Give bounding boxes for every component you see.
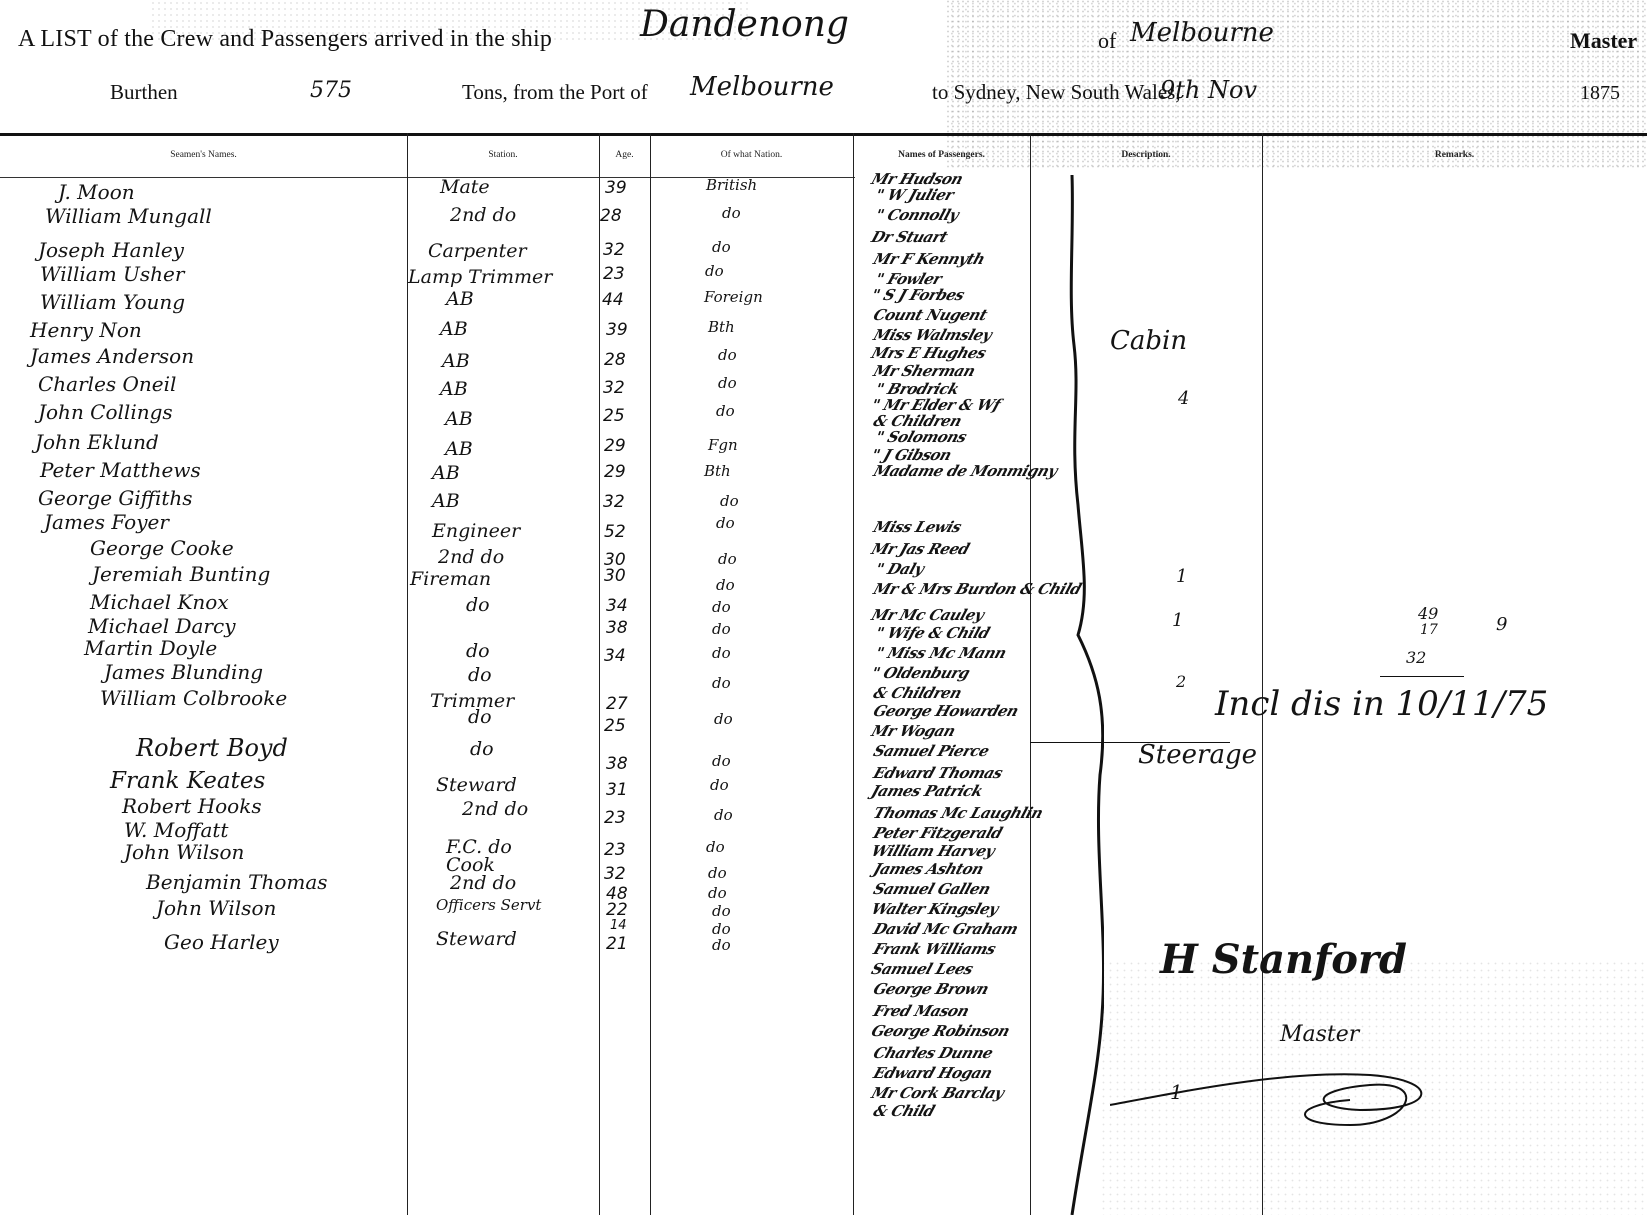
crew-name: James Blunding bbox=[104, 660, 263, 684]
crew-nation: do bbox=[718, 550, 737, 568]
passenger-name: Mr Jas Reed bbox=[869, 540, 972, 558]
home-port: Melbourne bbox=[1130, 18, 1274, 48]
passenger-name: David Mc Graham bbox=[871, 920, 1020, 938]
from-port: Melbourne bbox=[690, 72, 834, 102]
crew-station: do bbox=[470, 738, 494, 760]
crew-station: 2nd do bbox=[450, 872, 516, 894]
crew-station: Carpenter bbox=[428, 240, 527, 262]
crew-name: Robert Boyd bbox=[136, 734, 288, 762]
crew-station: 2nd do bbox=[450, 204, 516, 226]
crew-name: William Usher bbox=[40, 262, 184, 286]
crew-name: Charles Oneil bbox=[38, 372, 176, 396]
passenger-name: " Solomons bbox=[873, 428, 969, 446]
passenger-name: Mr Sherman bbox=[871, 362, 977, 380]
crew-nation: Bth bbox=[704, 462, 731, 480]
passenger-name: Miss Walmsley bbox=[871, 326, 994, 344]
passenger-name: James Ashton bbox=[871, 860, 986, 878]
tons-from-label: Tons, from the Port of bbox=[462, 80, 648, 105]
passenger-name: Mr Cork Barclay bbox=[869, 1084, 1006, 1102]
passenger-name: Mr & Mrs Burdon & Child bbox=[871, 580, 1084, 598]
crew-nation: do bbox=[712, 598, 731, 616]
crew-name: Martin Doyle bbox=[84, 636, 217, 660]
crew-name: James Anderson bbox=[30, 344, 194, 368]
crew-age: 23 bbox=[603, 264, 625, 284]
crew-nation: do bbox=[714, 806, 733, 824]
passenger-name: " Miss Mc Mann bbox=[873, 644, 1008, 662]
crew-name: John Eklund bbox=[35, 430, 159, 454]
crew-age: 29 bbox=[604, 462, 626, 482]
crew-nation: Bth bbox=[708, 318, 735, 336]
crew-age: 32 bbox=[603, 378, 625, 398]
crew-nation: Foreign bbox=[704, 288, 763, 306]
to-label: to Sydney, New South Wales, bbox=[932, 80, 1181, 105]
crew-name: Robert Hooks bbox=[122, 794, 262, 818]
master-label: Master bbox=[1570, 28, 1637, 54]
crew-age: 25 bbox=[603, 406, 625, 426]
crew-name: William Mungall bbox=[45, 204, 212, 228]
crew-station: 2nd do bbox=[438, 546, 504, 568]
crew-station: AB bbox=[432, 462, 460, 484]
arrival-date: 9th Nov bbox=[1160, 76, 1257, 104]
crew-station: do bbox=[466, 594, 490, 616]
bracket-line-icon bbox=[1064, 175, 1104, 1215]
passenger-name: William Harvey bbox=[869, 842, 997, 860]
crew-nation: do bbox=[712, 902, 731, 920]
crew-station: 2nd do bbox=[462, 798, 528, 820]
column-divider bbox=[1030, 133, 1031, 1215]
crew-age: 27 bbox=[606, 694, 628, 714]
arrival-year: 1875 bbox=[1580, 82, 1620, 105]
crew-station: Officers Servt bbox=[436, 896, 541, 914]
crew-station: Fireman bbox=[410, 568, 491, 590]
crew-nation: do bbox=[716, 402, 735, 420]
crew-nation: do bbox=[708, 884, 727, 902]
crew-nation: do bbox=[712, 674, 731, 692]
passenger-name: " Connolly bbox=[873, 206, 961, 224]
crew-station: AB bbox=[440, 378, 468, 400]
crew-age: 28 bbox=[600, 206, 622, 226]
crew-age: 22 bbox=[606, 900, 628, 920]
crew-age: 39 bbox=[605, 178, 627, 198]
col-age: Age. bbox=[599, 150, 650, 160]
crew-nation: do bbox=[708, 864, 727, 882]
col-remarks: Remarks. bbox=[1262, 150, 1647, 160]
crew-name: Peter Matthews bbox=[40, 458, 201, 482]
header-rule bbox=[0, 133, 1647, 136]
steerage-label: Steerage bbox=[1138, 740, 1257, 770]
passenger-name: Fred Mason bbox=[871, 1002, 971, 1020]
crew-name: George Giffiths bbox=[38, 486, 193, 510]
crew-nation: do bbox=[718, 374, 737, 392]
crew-station: AB bbox=[440, 318, 468, 340]
crew-nation: do bbox=[718, 346, 737, 364]
passenger-name: Mr F Kennyth bbox=[871, 250, 987, 268]
crew-age: 52 bbox=[604, 522, 626, 542]
crew-name: Michael Knox bbox=[90, 590, 229, 614]
crew-name: J. Moon bbox=[58, 180, 135, 204]
crew-nation: British bbox=[706, 176, 757, 194]
crew-station: do bbox=[468, 664, 492, 686]
crew-age: 32 bbox=[603, 492, 625, 512]
crew-nation: do bbox=[705, 262, 724, 280]
passenger-name: Dr Stuart bbox=[869, 228, 950, 246]
crew-name: John Wilson bbox=[156, 896, 276, 920]
crew-station: Steward bbox=[436, 928, 517, 950]
crew-station: do bbox=[468, 706, 492, 728]
col-description: Description. bbox=[1030, 150, 1262, 160]
crew-age: 28 bbox=[604, 350, 626, 370]
crew-age: 21 bbox=[606, 934, 628, 954]
crew-nation: do bbox=[714, 710, 733, 728]
crew-station: AB bbox=[445, 408, 473, 430]
crew-nation: Fgn bbox=[708, 436, 738, 454]
crew-nation: do bbox=[712, 620, 731, 638]
crew-nation: do bbox=[722, 204, 741, 222]
crew-age: 14 bbox=[610, 918, 627, 933]
of-label: of bbox=[1098, 28, 1116, 54]
cabin-label: Cabin bbox=[1110, 326, 1187, 356]
passenger-name: " Wife & Child bbox=[873, 624, 992, 642]
crew-name: William Colbrooke bbox=[100, 686, 287, 710]
passenger-name: Madame de Monmigny bbox=[871, 462, 1059, 480]
title-prefix: A LIST of the Crew and Passengers arrive… bbox=[18, 26, 552, 52]
passenger-name: Peter Fitzgerald bbox=[871, 824, 1005, 842]
column-divider bbox=[599, 133, 600, 1215]
crew-name: W. Moffatt bbox=[124, 818, 228, 842]
crew-age: 44 bbox=[602, 290, 624, 310]
crew-age: 34 bbox=[606, 596, 628, 616]
crew-name: Benjamin Thomas bbox=[146, 870, 328, 894]
passenger-name: Walter Kingsley bbox=[869, 900, 1000, 918]
tonnage: 575 bbox=[310, 78, 352, 103]
crew-name: Michael Darcy bbox=[88, 614, 236, 638]
crew-age: 39 bbox=[606, 320, 628, 340]
crew-nation: do bbox=[712, 936, 731, 954]
signature-flourish-icon bbox=[1110, 1050, 1510, 1170]
description-count: 1 bbox=[1172, 610, 1183, 631]
crew-age: 34 bbox=[604, 646, 626, 666]
crew-age: 25 bbox=[604, 716, 626, 736]
column-divider bbox=[650, 133, 651, 1215]
ship-name: Dandenong bbox=[640, 4, 849, 45]
passenger-name: Thomas Mc Laughlin bbox=[871, 804, 1045, 822]
crew-station: AB bbox=[442, 350, 470, 372]
crew-nation: do bbox=[716, 576, 735, 594]
crew-age: 29 bbox=[604, 436, 626, 456]
crew-nation: do bbox=[712, 644, 731, 662]
crew-station: AB bbox=[446, 288, 474, 310]
passenger-name: George Howarden bbox=[871, 702, 1021, 720]
tally-side: 9 bbox=[1496, 614, 1507, 635]
tally-sub: 17 bbox=[1420, 622, 1438, 638]
master-title: Master bbox=[1280, 1022, 1359, 1047]
col-nation: Of what Nation. bbox=[650, 150, 853, 160]
crew-nation: do bbox=[706, 838, 725, 856]
crew-name: John Wilson bbox=[124, 840, 244, 864]
passenger-name: Mr Mc Cauley bbox=[869, 606, 986, 624]
passenger-name: " Daly bbox=[873, 560, 926, 578]
column-divider bbox=[407, 133, 408, 1215]
passenger-name: & Children bbox=[871, 684, 964, 702]
description-count: 1 bbox=[1176, 566, 1187, 587]
cabin-count: 4 bbox=[1178, 388, 1189, 409]
passenger-name: Edward Hogan bbox=[871, 1064, 994, 1082]
crew-name: William Young bbox=[40, 290, 185, 314]
tally-result: 32 bbox=[1406, 648, 1426, 667]
col-seamens-names: Seamen's Names. bbox=[0, 150, 407, 160]
crew-nation: do bbox=[710, 776, 729, 794]
crew-age: 32 bbox=[603, 240, 625, 260]
passenger-name: Mr Wogan bbox=[869, 722, 957, 740]
passenger-name: Samuel Lees bbox=[869, 960, 975, 978]
leader-line bbox=[1030, 742, 1230, 743]
passenger-name: George Brown bbox=[871, 980, 991, 998]
col-station: Station. bbox=[407, 150, 599, 160]
col-passengers: Names of Passengers. bbox=[853, 150, 1030, 160]
crew-nation: do bbox=[716, 514, 735, 532]
crew-station: Engineer bbox=[432, 520, 520, 542]
passenger-name: James Patrick bbox=[869, 782, 985, 800]
crew-name: Joseph Hanley bbox=[38, 238, 184, 262]
crew-age: 23 bbox=[604, 840, 626, 860]
crew-station: Lamp Trimmer bbox=[408, 266, 552, 288]
crew-age: 23 bbox=[604, 808, 626, 828]
passenger-name: Edward Thomas bbox=[871, 764, 1005, 782]
crew-name: Geo Harley bbox=[164, 930, 279, 954]
crew-name: John Collings bbox=[38, 400, 173, 424]
tally-top: 49 bbox=[1418, 604, 1438, 623]
passenger-name: Mrs E Hughes bbox=[869, 344, 988, 362]
passenger-name: & Child bbox=[871, 1102, 937, 1120]
passenger-name: " Oldenburg bbox=[869, 664, 972, 682]
crew-station: Mate bbox=[440, 176, 490, 198]
description-count: 2 bbox=[1176, 672, 1186, 691]
crew-station: do bbox=[466, 640, 490, 662]
passenger-name: Miss Lewis bbox=[871, 518, 963, 536]
crew-age: 38 bbox=[606, 618, 628, 638]
crew-name: Jeremiah Bunting bbox=[92, 562, 270, 586]
document-title: A LIST of the Crew and Passengers arrive… bbox=[18, 26, 552, 53]
crew-station: AB bbox=[445, 438, 473, 460]
crew-name: Henry Non bbox=[30, 318, 142, 342]
passenger-name: George Robinson bbox=[869, 1022, 1012, 1040]
passenger-name: " W Julier bbox=[873, 186, 956, 204]
crew-age: 32 bbox=[604, 864, 626, 884]
crew-name: James Foyer bbox=[44, 510, 169, 534]
crew-name: George Cooke bbox=[90, 536, 234, 560]
crew-age: 31 bbox=[606, 780, 628, 800]
remark-note: Incl dis in 10/11/75 bbox=[1215, 684, 1548, 724]
passenger-name: Samuel Gallen bbox=[871, 880, 993, 898]
crew-station: Steward bbox=[436, 774, 517, 796]
crew-age: 38 bbox=[606, 754, 628, 774]
crew-nation: do bbox=[712, 752, 731, 770]
crew-name: Frank Keates bbox=[110, 768, 265, 794]
tally-rule bbox=[1380, 676, 1464, 677]
passenger-name: Count Nugent bbox=[871, 306, 989, 324]
passenger-name: Frank Williams bbox=[871, 940, 998, 958]
crew-station: AB bbox=[432, 490, 460, 512]
crew-age: 30 bbox=[604, 566, 626, 586]
master-signature: H Stanford bbox=[1160, 936, 1407, 983]
crew-nation: do bbox=[720, 492, 739, 510]
passenger-name: Charles Dunne bbox=[871, 1044, 995, 1062]
passenger-name: " S J Forbes bbox=[869, 286, 966, 304]
crew-nation: do bbox=[712, 238, 731, 256]
column-divider bbox=[853, 133, 854, 1215]
burthen-label: Burthen bbox=[110, 80, 178, 105]
passenger-name: Samuel Pierce bbox=[871, 742, 991, 760]
